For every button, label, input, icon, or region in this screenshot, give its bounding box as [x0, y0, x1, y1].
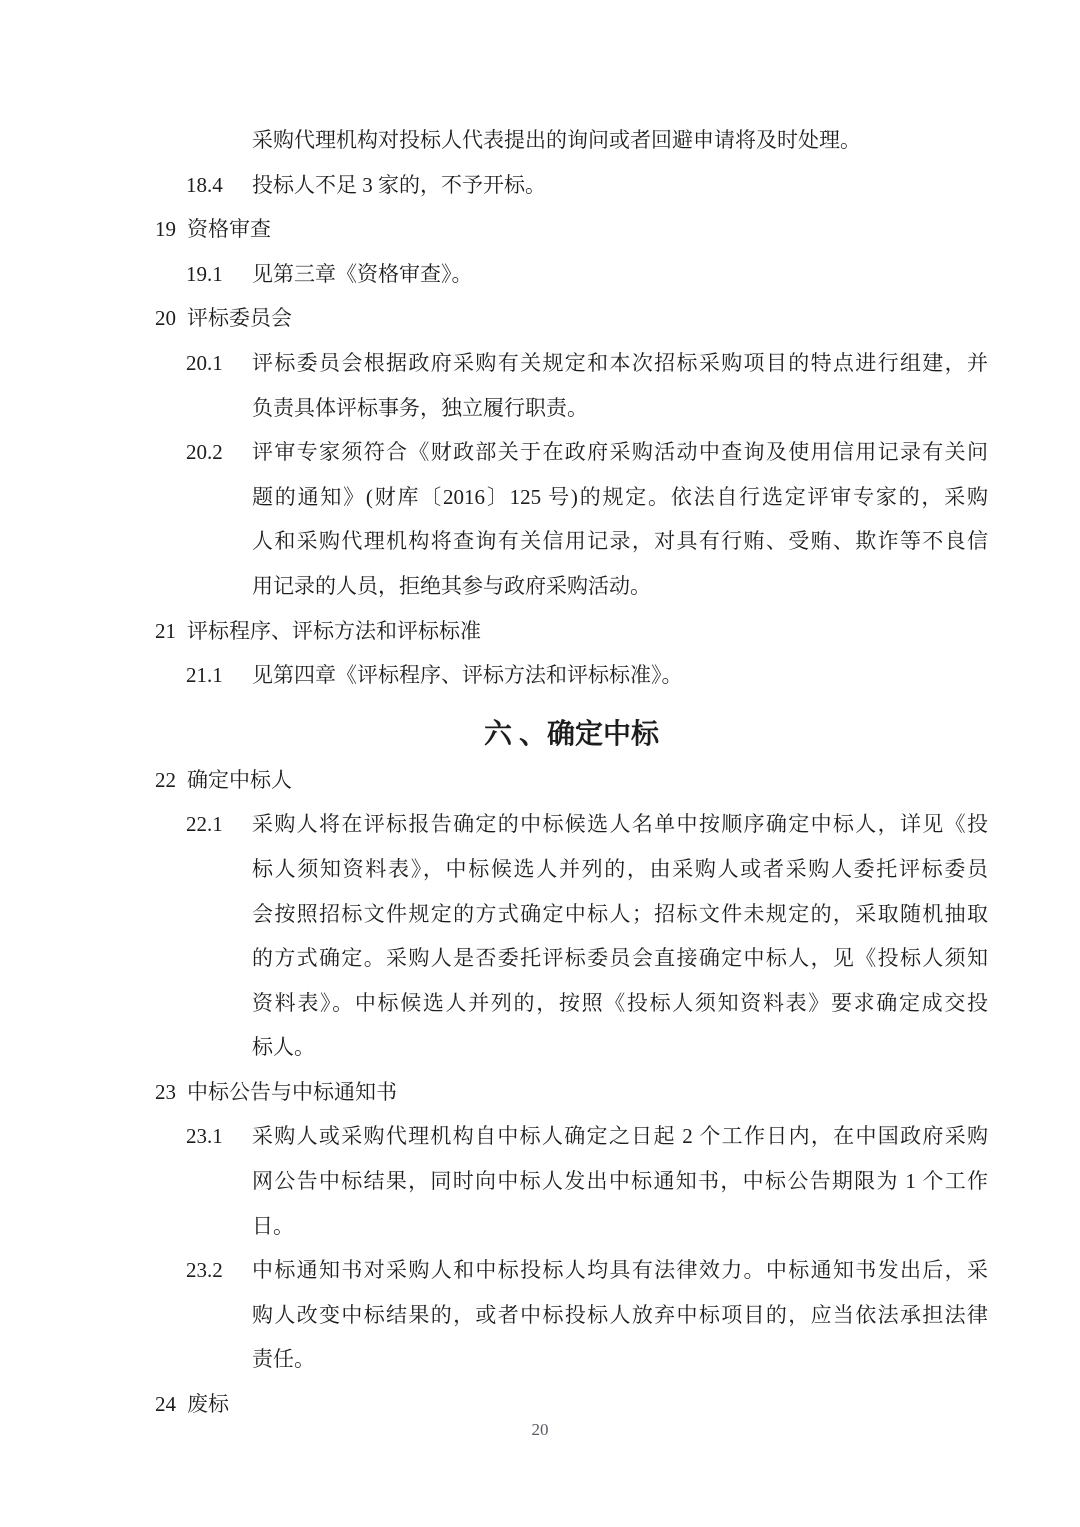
text-line: 会按照招标文件规定的方式确定中标人；招标文件未规定的，采取随机抽取 [252, 892, 988, 937]
text-line: 投标人不足 3 家的，不予开标。 [252, 163, 988, 208]
document-body: 采购代理机构对投标人代表提出的询问或者回避申请将及时处理。18.4投标人不足 3… [155, 118, 988, 1427]
text-line: 日。 [252, 1204, 988, 1249]
item-number: 19 [155, 207, 176, 252]
list-item: 21评标程序、评标方法和评标标准 [155, 609, 988, 654]
item-text: 评标委员会 [155, 296, 988, 341]
item-text: 评标委员会根据政府采购有关规定和本次招标采购项目的特点进行组建，并负责具体评标事… [155, 341, 988, 430]
item-text: 中标公告与中标通知书 [155, 1070, 988, 1115]
item-number: 18.4 [186, 163, 223, 208]
list-item: 22确定中标人 [155, 758, 988, 803]
text-line: 题的通知》(财库〔2016〕125 号)的规定。依法自行选定评审专家的，采购 [252, 475, 988, 520]
item-number: 23 [155, 1070, 176, 1115]
item-text: 资格审查 [155, 207, 988, 252]
document-page: 采购代理机构对投标人代表提出的询问或者回避申请将及时处理。18.4投标人不足 3… [0, 0, 1080, 1527]
item-number: 23.1 [186, 1114, 223, 1159]
item-text: 评审专家须符合《财政部关于在政府采购活动中查询及使用信用记录有关问题的通知》(财… [155, 430, 988, 608]
item-number: 22.1 [186, 802, 223, 847]
text-line: 标人。 [252, 1025, 988, 1070]
text-line: 采购人或采购代理机构自中标人确定之日起 2 个工作日内，在中国政府采购 [252, 1114, 988, 1159]
text-line: 人和采购代理机构将查询有关信用记录，对具有行贿、受贿、欺诈等不良信 [252, 519, 988, 564]
item-text: 采购人或采购代理机构自中标人确定之日起 2 个工作日内，在中国政府采购网公告中标… [155, 1114, 988, 1248]
text-line: 评标委员会 [187, 296, 988, 341]
text-line: 确定中标人 [187, 758, 988, 803]
text-line: 六 、确定中标 [155, 711, 988, 758]
list-item: 19.1见第三章《资格审查》。 [155, 252, 988, 297]
text-line: 责任。 [252, 1337, 988, 1382]
item-text: 确定中标人 [155, 758, 988, 803]
item-text: 六 、确定中标 [155, 711, 988, 758]
text-line: 评审专家须符合《财政部关于在政府采购活动中查询及使用信用记录有关问 [252, 430, 988, 475]
text-line: 采购代理机构对投标人代表提出的询问或者回避申请将及时处理。 [252, 118, 988, 163]
item-text: 评标程序、评标方法和评标标准 [155, 609, 988, 654]
text-line: 购人改变中标结果的，或者中标投标人放弃中标项目的，应当依法承担法律 [252, 1293, 988, 1338]
text-line: 标人须知资料表》，中标候选人并列的，由采购人或者采购人委托评标委员 [252, 847, 988, 892]
item-text: 中标通知书对采购人和中标投标人均具有法律效力。中标通知书发出后，采购人改变中标结… [155, 1248, 988, 1382]
text-line: 中标通知书对采购人和中标投标人均具有法律效力。中标通知书发出后，采 [252, 1248, 988, 1293]
item-text: 采购人将在评标报告确定的中标候选人名单中按顺序确定中标人，详见《投标人须知资料表… [155, 802, 988, 1070]
item-text: 采购代理机构对投标人代表提出的询问或者回避申请将及时处理。 [155, 118, 988, 163]
list-item: 23.1采购人或采购代理机构自中标人确定之日起 2 个工作日内，在中国政府采购网… [155, 1114, 988, 1248]
list-item: 22.1采购人将在评标报告确定的中标候选人名单中按顺序确定中标人，详见《投标人须… [155, 802, 988, 1070]
list-item: 采购代理机构对投标人代表提出的询问或者回避申请将及时处理。 [155, 118, 988, 163]
item-number: 21 [155, 609, 176, 654]
text-line: 资格审查 [187, 207, 988, 252]
item-number: 22 [155, 758, 176, 803]
text-line: 见第四章《评标程序、评标方法和评标标准》。 [252, 653, 988, 698]
text-line: 中标公告与中标通知书 [187, 1070, 988, 1115]
item-number: 19.1 [186, 252, 223, 297]
text-line: 评标委员会根据政府采购有关规定和本次招标采购项目的特点进行组建，并 [252, 341, 988, 386]
list-item: 18.4投标人不足 3 家的，不予开标。 [155, 163, 988, 208]
item-number: 21.1 [186, 653, 223, 698]
list-item: 19资格审查 [155, 207, 988, 252]
item-number: 20.1 [186, 341, 223, 386]
list-item: 21.1见第四章《评标程序、评标方法和评标标准》。 [155, 653, 988, 698]
text-line: 用记录的人员，拒绝其参与政府采购活动。 [252, 564, 988, 609]
item-text: 见第三章《资格审查》。 [155, 252, 988, 297]
text-line: 的方式确定。采购人是否委托评标委员会直接确定中标人，见《投标人须知 [252, 936, 988, 981]
text-line: 网公告中标结果，同时向中标人发出中标通知书，中标公告期限为 1 个工作 [252, 1159, 988, 1204]
list-item: 23中标公告与中标通知书 [155, 1070, 988, 1115]
item-number: 23.2 [186, 1248, 223, 1293]
item-text: 见第四章《评标程序、评标方法和评标标准》。 [155, 653, 988, 698]
list-item: 20.2评审专家须符合《财政部关于在政府采购活动中查询及使用信用记录有关问题的通… [155, 430, 988, 608]
item-text: 投标人不足 3 家的，不予开标。 [155, 163, 988, 208]
page-number: 20 [0, 1420, 1080, 1440]
item-number: 20.2 [186, 430, 223, 475]
list-item: 20评标委员会 [155, 296, 988, 341]
list-item: 20.1评标委员会根据政府采购有关规定和本次招标采购项目的特点进行组建，并负责具… [155, 341, 988, 430]
text-line: 采购人将在评标报告确定的中标候选人名单中按顺序确定中标人，详见《投 [252, 802, 988, 847]
text-line: 负责具体评标事务，独立履行职责。 [252, 386, 988, 431]
text-line: 资料表》。中标候选人并列的，按照《投标人须知资料表》要求确定成交投 [252, 981, 988, 1026]
chapter-heading: 六 、确定中标 [155, 711, 988, 758]
item-number: 20 [155, 296, 176, 341]
text-line: 评标程序、评标方法和评标标准 [187, 609, 988, 654]
list-item: 23.2中标通知书对采购人和中标投标人均具有法律效力。中标通知书发出后，采购人改… [155, 1248, 988, 1382]
text-line: 见第三章《资格审查》。 [252, 252, 988, 297]
